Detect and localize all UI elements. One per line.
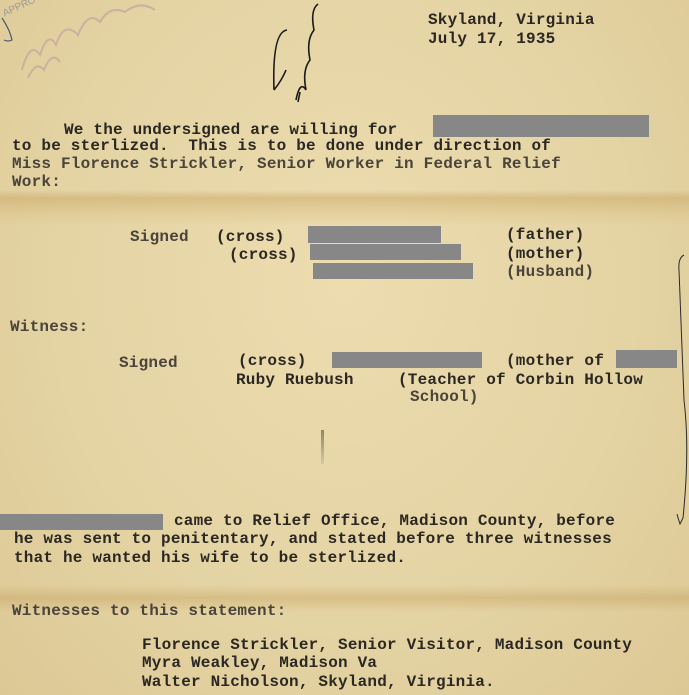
witness-mark: (cross)	[238, 352, 307, 370]
signature-mark-mother: (cross)	[229, 246, 298, 264]
consent-line-2: to be sterlized. This is to be done unde…	[12, 137, 551, 155]
witness-teacher-role-1: (Teacher of Corbin Hollow	[398, 371, 643, 389]
redacted-name-subject	[433, 115, 649, 137]
redacted-name-witness	[332, 352, 482, 368]
redacted-name-child	[616, 350, 677, 368]
statement-witness-1: Florence Strickler, Senior Visitor, Madi…	[142, 636, 632, 654]
date-line: July 17, 1935	[428, 30, 555, 48]
fold-mark	[321, 430, 324, 464]
witness-teacher-name: Ruby Ruebush	[236, 371, 354, 389]
statement-witness-3: Walter Nicholson, Skyland, Virginia.	[142, 673, 495, 691]
signature-role-husband: (Husband)	[506, 263, 594, 281]
witness-heading: Witness:	[10, 318, 88, 336]
statement-line-3: that he wanted his wife to be sterlized.	[14, 549, 406, 567]
redacted-name-husband	[313, 263, 473, 279]
statement-witnesses-heading: Witnesses to this statement:	[12, 602, 286, 620]
statement-witness-2: Myra Weakley, Madison Va	[142, 654, 377, 672]
redacted-name-mother	[310, 244, 461, 260]
witness-role: (mother of	[506, 352, 604, 370]
witness-signed-label: Signed	[119, 354, 178, 372]
signature-mark-father: (cross)	[216, 228, 285, 246]
paper-background	[0, 0, 689, 695]
redacted-name-father	[308, 226, 441, 243]
signed-label: Signed	[130, 228, 189, 246]
signature-role-mother: (mother)	[506, 245, 584, 263]
witness-teacher-role-2: School)	[410, 388, 479, 406]
consent-line-4: Work:	[12, 173, 61, 191]
consent-line-3: Miss Florence Strickler, Senior Worker i…	[12, 155, 561, 173]
statement-line-2: he was sent to penitentary, and stated b…	[14, 530, 612, 548]
redacted-name-husband-statement	[0, 514, 163, 530]
signature-role-father: (father)	[506, 226, 584, 244]
statement-line-1: came to Relief Office, Madison County, b…	[174, 512, 615, 530]
place-line: Skyland, Virginia	[428, 11, 595, 29]
